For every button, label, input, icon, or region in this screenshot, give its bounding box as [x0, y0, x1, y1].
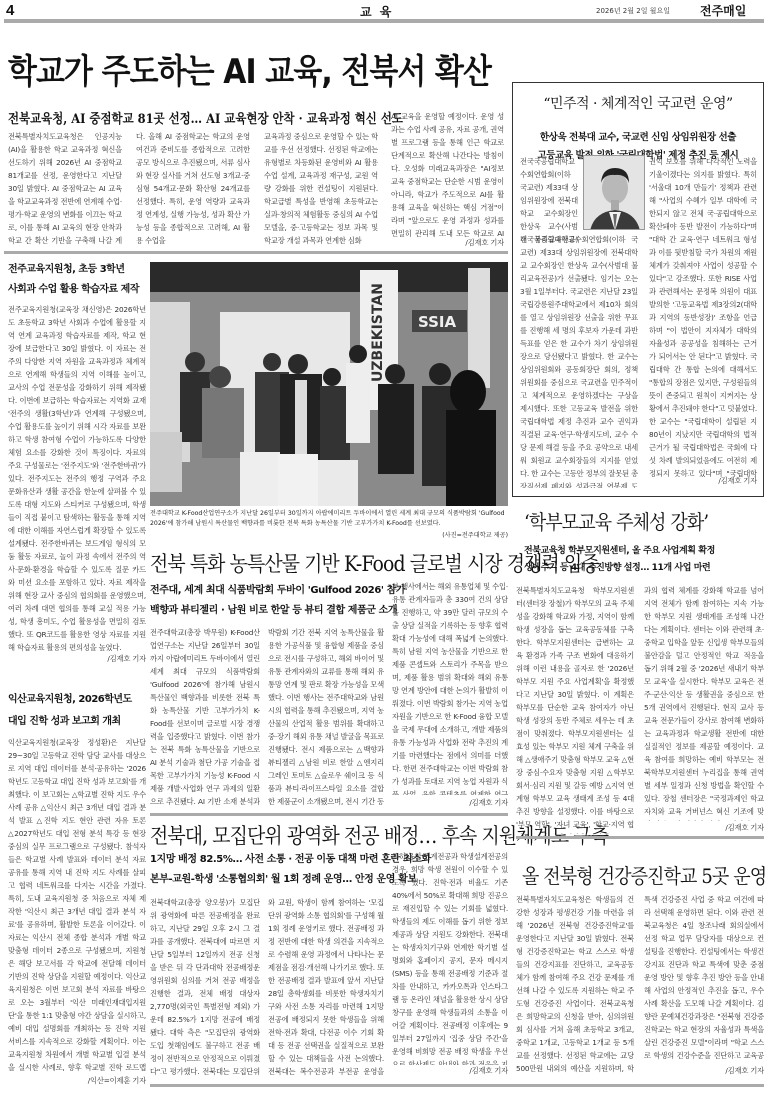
divider	[4, 251, 508, 254]
sidebar-intro: 전국국공립대학교수회연합회(이하 국교련) 제33대 상임위원장에 전북대학교 …	[520, 155, 578, 243]
lead-column-1: 전북특별자치도교육청은 인공지능(AI)을 활용한 학교 교육과정 혁신을 선도…	[8, 130, 122, 248]
health-column-1: 전북특별자치도교육청은 학생들의 건강한 성장과 평생건강 기틀 마련을 위해 …	[516, 893, 634, 1075]
kfood-byline: /김재호 기자	[392, 796, 508, 809]
left-story-1-byline: /김재호 기자	[8, 652, 146, 665]
photo-caption: 전주대학교 K-Food산업연구소가 지난달 26일부터 30일까지 아랍에미리…	[150, 509, 508, 529]
section-name: 교 육	[360, 3, 393, 20]
bottom-divider	[150, 1084, 764, 1087]
booth-sign-uzbekistan: UZBEKISTAN	[370, 283, 386, 382]
left-story-2-headline-2: 대입 진학 성과 보고회 개최	[8, 710, 148, 734]
kfood-column-2: 박람회 기간 전북 지역 농특산물을 활용한 가공식품 및 융합형 제품을 중심…	[268, 626, 384, 808]
svg-text:SSIA: SSIA	[418, 313, 457, 331]
sidebar-deck-1: 한상욱 전북대 교수, 국교련 신임 상임위원장 선출	[513, 129, 763, 143]
lead-byline: /김재호 기자	[391, 236, 504, 249]
divider	[516, 836, 764, 839]
left-story-1-body: 전주교육지원청(교육장 채신영)은 2026학년도 초등학교 3학년 사회과 수…	[8, 303, 146, 653]
left-story-2-headline-1: 익산교육지원청, 2026학년도	[8, 688, 148, 712]
health-headline: 올 전북형 건강증진학교 5곳 운영	[522, 860, 766, 889]
left-story-2-body: 익산교육지원청(교육장 정성환)은 지난달 29~30일 고등학교 진학 담당 …	[8, 736, 146, 1076]
masthead-divider	[4, 19, 764, 23]
parent-byline: /김재호 기자	[644, 821, 764, 834]
sidebar-left-column: 전국국공립대학교수회연합회(이하 국교련) 제33대 상임위원장에 전북대학교 …	[520, 233, 638, 488]
divider	[150, 813, 508, 816]
paper-name: 전주매일	[700, 2, 746, 19]
jbnu-byline: /김재호 기자	[392, 1064, 508, 1077]
event-photo: UZBEKISTAN SSIA	[150, 262, 508, 506]
sidebar-box: “민주적 · 체계적인 국교련 운영” 한상욱 전북대 교수, 국교련 신임 상…	[512, 82, 764, 497]
parent-column-2: 과의 협력 체계를 강화해 학교를 넘어 지역 전체가 함께 참여하는 지속 가…	[644, 584, 764, 821]
left-story-2-byline: /익산=이제훈 기자	[8, 1074, 146, 1087]
kfood-column-1: 전주대학교(총장 박무원) K-Food산업연구소는 지난달 26일부터 30일…	[150, 626, 260, 808]
jbnu-headline: 전북대, 모집단위 광역화 전공 배정… 후속 지원체계도 구축	[150, 820, 608, 850]
sidebar-byline: /김재호 기자	[649, 474, 757, 487]
lead-column-3: 교육과정 중심으로 운영할 수 있는 학교를 우선 선정했다. 선정된 학교에는…	[264, 130, 378, 248]
jbnu-deck-1: 1지망 배정 82.5%… 사전 소통 · 전공 이동 대책 마련 혼란 최소화	[150, 849, 431, 871]
sidebar-title: “민주적 · 체계적인 국교련 운영”	[513, 93, 763, 113]
lead-column-2: 다. 올해 AI 중점학교는 학교의 운영 여건과 준비도를 종합적으로 고려한…	[136, 130, 250, 248]
left-story-1-headline-2: 사회과 수업 활용 학습자료 제작	[8, 278, 148, 302]
photo-credit: (사진=전주대학교 제공)	[400, 531, 508, 541]
lead-headline: 학교가 주도하는 AI 교육, 전북서 확산	[8, 44, 491, 93]
health-byline: /김재호 기자	[644, 1064, 764, 1077]
parent-deck-2: 생애주기 등 4대 추진방향 설정… 11개 사업 마련	[524, 557, 710, 579]
jbnu-column-3: 특히 융합·연계전공과 학생설계전공의 경우, 희망 학생 전원이 이수할 수 …	[392, 850, 508, 1065]
issue-date: 2026년 2월 2일 월요일	[596, 6, 670, 16]
sidebar-right-column: 권익 보호를 위해 다각적인 노력을 기울이겠다는 의지를 밝혔다. 특히 '서…	[649, 155, 757, 477]
jbnu-column-1: 전북대학교(총장 양오봉)가 모집단위 광역화에 따른 전공배정을 완료하고, …	[150, 896, 260, 1078]
portrait-photo	[583, 155, 645, 230]
parent-headline: ‘학부모교육 주체성 강화’	[524, 506, 708, 535]
health-column-2: 특색 건강증진 사업 중 학교 여건에 따라 선택해 운영하면 된다. 이와 관…	[644, 893, 764, 1063]
page-number: 4	[6, 2, 14, 19]
lead-subheadline: 전북교육청, AI 중점학교 81곳 선정… AI 교육현장 안착 · 교육과정…	[8, 108, 403, 127]
kfood-deck-1: 전주대, 세계 최대 식품박람회 두바이 'Gulfood 2026' 참가	[150, 580, 405, 602]
kfood-column-3: 본 행사에서는 해외 유통업체 및 수입·유통 관계자들과 총 330여 건의 …	[392, 580, 508, 795]
jbnu-deck-2: 본부-교원-학생 '소통협의회' 월 1회 정례 운영… 안정 운영 확보	[150, 869, 417, 891]
jbnu-column-2: 와 교원, 학생이 함께 참여하는 '모집단위 광역화 소통 협의회'를 구성해…	[268, 896, 384, 1078]
lead-column-4: AI 교육을 운영할 예정이다. 운영 성과는 수업 사례 공유, 자료 공개,…	[391, 110, 504, 238]
parent-column-1: 전북특별자치도교육청 학부모지원센터(센터장 장철)가 학부모의 교육 주체성을…	[516, 584, 634, 834]
kfood-deck-2: 백향과 뷰티젤리 · 남원 비로 한알 등 뷰티 결합 제품군 소개	[150, 600, 397, 622]
